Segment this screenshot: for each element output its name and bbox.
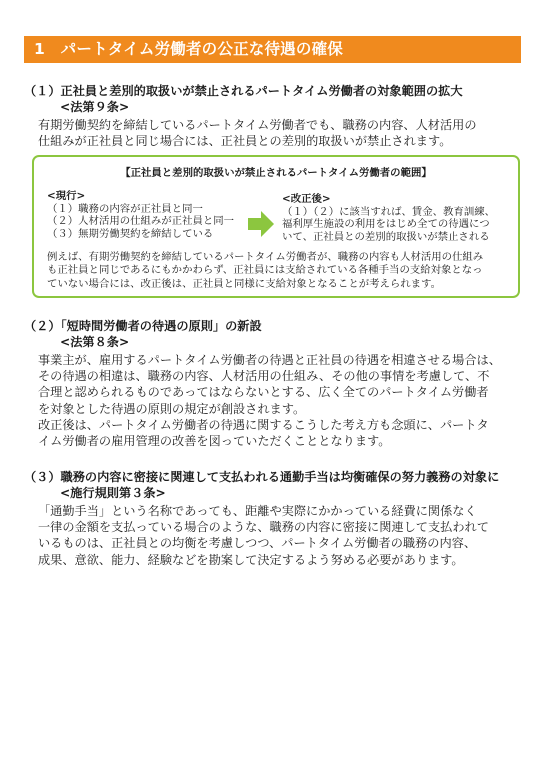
section-3-reference: <施行規則第３条> bbox=[60, 485, 166, 501]
section-2-title: （２）「短時間労働者の待遇の原則」の新設 bbox=[24, 318, 262, 334]
body-line: 改正後は、パートタイム労働者の待遇に関するこうした考え方も念頭に、パートタ bbox=[38, 417, 528, 433]
note-line: ていない場合には、改正後は、正社員と同様に支給対象となることが考えられます。 bbox=[47, 278, 483, 291]
body-line: その待遇の相違は、職務の内容、人材活用の仕組み、その他の事情を考慮して、不 bbox=[38, 368, 528, 384]
page-title: 1 パートタイム労働者の公正な待遇の確保 bbox=[34, 40, 343, 58]
current-item: （１）職務の内容が正社員と同一 bbox=[47, 203, 234, 216]
current-item: （３）無期労働契約を締結している bbox=[47, 228, 234, 241]
section-header-bar: 1 パートタイム労働者の公正な待遇の確保 bbox=[24, 36, 521, 63]
scope-comparison-box: 【正社員と差別的取扱いが禁止されるパートタイム労働者の範囲】 <現行> （１）職… bbox=[32, 155, 520, 298]
box-title: 【正社員と差別的取扱いが禁止されるパートタイム労働者の範囲】 bbox=[34, 166, 518, 180]
body-line: イム労働者の雇用管理の改善を図っていただくこととなります。 bbox=[38, 433, 528, 449]
body-line: 一律の金額を支払っている場合のような、職務の内容に密接に関連して支払われて bbox=[38, 519, 528, 535]
section-1-body: 有期労働契約を締結しているパートタイム労働者でも、職務の内容、人材活用の 仕組み… bbox=[38, 117, 528, 149]
note-line: 例えば、有期労働契約を締結しているパートタイム労働者が、職務の内容も人材活用の仕… bbox=[47, 251, 483, 264]
example-note: 例えば、有期労働契約を締結しているパートタイム労働者が、職務の内容も人材活用の仕… bbox=[47, 251, 483, 291]
section-1-reference: <法第９条> bbox=[60, 99, 129, 115]
body-line: を対象とした待遇の原則の規定が創設されます。 bbox=[38, 401, 528, 417]
current-item: （２）人材活用の仕組みが正社員と同一 bbox=[47, 215, 234, 228]
revised-heading: <改正後> bbox=[282, 193, 495, 206]
note-line: も正社員と同じであるにもかかわらず、正社員には支給されている各種手当の支給対象と… bbox=[47, 264, 483, 277]
revised-line: （１）（２）に該当すれば、賃金、教育訓練、 bbox=[282, 206, 495, 219]
section-2-reference: <法第８条> bbox=[60, 334, 129, 350]
revised-line: 福利厚生施設の利用をはじめ全ての待遇につ bbox=[282, 218, 495, 231]
body-line: 有期労働契約を締結しているパートタイム労働者でも、職務の内容、人材活用の bbox=[38, 117, 528, 133]
current-rules-column: <現行> （１）職務の内容が正社員と同一 （２）人材活用の仕組みが正社員と同一 … bbox=[47, 190, 234, 240]
body-line: 合理と認められるものであってはならないとする、広く全てのパートタイム労働者 bbox=[38, 384, 528, 400]
section-1-title: （１）正社員と差別的取扱いが禁止されるパートタイム労働者の対象範囲の拡大 bbox=[24, 83, 463, 99]
revised-line: いて、正社員との差別的取扱いが禁止される bbox=[282, 231, 495, 244]
body-line: 「通勤手当」という名称であっても、距離や実際にかかっている経費に関係なく bbox=[38, 503, 528, 519]
section-3-title: （３）職務の内容に密接に関連して支払われる通勤手当は均衡確保の努力義務の対象に bbox=[24, 469, 499, 485]
body-line: いるものは、正社員との均衡を考慮しつつ、パートタイム労働者の職務の内容、 bbox=[38, 535, 528, 551]
current-heading: <現行> bbox=[47, 190, 234, 203]
right-arrow-icon bbox=[248, 211, 274, 237]
body-line: 事業主が、雇用するパートタイム労働者の待遇と正社員の待遇を相違させる場合は、 bbox=[38, 352, 528, 368]
body-line: 成果、意欲、能力、経験などを勘案して決定するよう努める必要があります。 bbox=[38, 552, 528, 568]
section-3-body: 「通勤手当」という名称であっても、距離や実際にかかっている経費に関係なく 一律の… bbox=[38, 503, 528, 568]
revised-rules-column: <改正後> （１）（２）に該当すれば、賃金、教育訓練、 福利厚生施設の利用をはじ… bbox=[282, 193, 495, 243]
body-line: 仕組みが正社員と同じ場合には、正社員との差別的取扱いが禁止されます。 bbox=[38, 133, 528, 149]
section-2-body: 事業主が、雇用するパートタイム労働者の待遇と正社員の待遇を相違させる場合は、 そ… bbox=[38, 352, 528, 449]
